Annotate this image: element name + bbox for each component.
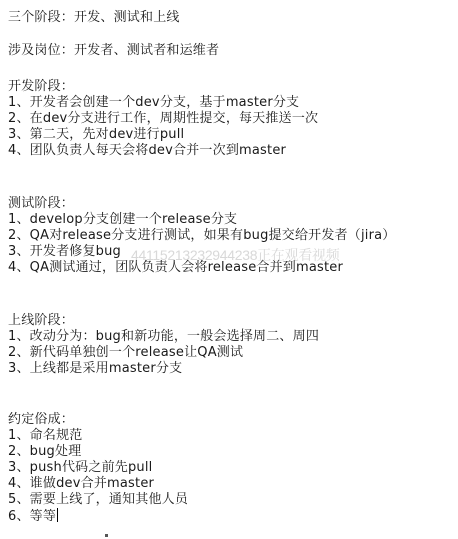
list-item: 4、QA测试通过，团队负责人会将release合并到master [8, 260, 343, 276]
list-item: 5、需要上线了，通知其他人员 [8, 492, 188, 508]
list-item: 1、开发者会创建一个dev分支，基于master分支 [8, 95, 299, 111]
text-caret [57, 508, 58, 522]
list-item: 2、新代码单独创一个release让QA测试 [8, 345, 243, 361]
list-item: 1、develop分支创建一个release分支 [8, 212, 237, 228]
list-item: 3、push代码之前先pull [8, 460, 153, 476]
section-title-test: 测试阶段： [8, 196, 74, 212]
list-item: 4、谁做dev合并master [8, 476, 154, 492]
list-item-text: 6、等等 [8, 509, 56, 524]
stages-summary: 三个阶段：开发、测试和上线 [8, 10, 180, 26]
list-item: 3、开发者修复bug [8, 244, 121, 260]
list-item-last: 6、等等 [8, 508, 58, 525]
list-item: 1、改动分为：bug和新功能，一般会选择周二、周四 [8, 329, 319, 345]
list-item: 3、第二天，先对dev进行pull [8, 127, 184, 143]
roles-summary: 涉及岗位：开发者、测试者和运维者 [8, 43, 219, 59]
list-item: 2、QA对release分支进行测试，如果有bug提交给开发者（jira） [8, 228, 395, 244]
list-item: 1、命名规范 [8, 428, 82, 444]
cursor-mark [105, 534, 108, 537]
list-item: 2、在dev分支进行工作，周期性提交，每天推送一次 [8, 111, 318, 127]
section-title-conventions: 约定俗成： [8, 412, 74, 428]
list-item: 2、bug处理 [8, 444, 81, 460]
section-title-dev: 开发阶段： [8, 79, 74, 95]
list-item: 4、团队负责人每天会将dev合并一次到master [8, 143, 286, 159]
list-item: 3、上线都是采用master分支 [8, 361, 182, 377]
section-title-release: 上线阶段： [8, 313, 74, 329]
